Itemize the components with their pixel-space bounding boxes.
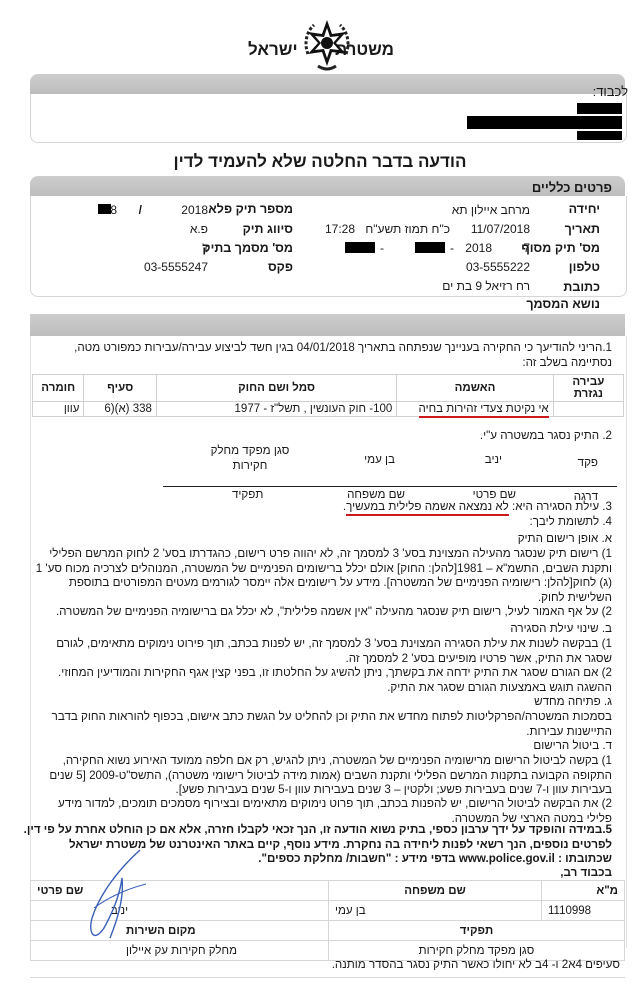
section-b-item-2: 2) אם הגורם שסגר את התיק ידחה את בקשתך, …: [32, 666, 612, 695]
section-b-title: ב. שינוי עילת הסגירה: [510, 622, 612, 637]
cell-charge: אי נקיטת צעדי זהירות בחיה: [419, 403, 549, 418]
label-file-classification: סיווג תיק: [243, 222, 293, 236]
closure-reason: לא נמצאה אשמה פלילית במעשיך: [346, 500, 509, 516]
header-first-name: שם פרטי: [31, 881, 329, 901]
cell-charge-wrap: אי נקיטת צעדי זהירות בחיה: [397, 402, 553, 417]
section-a-item-2: 2) על אף האמור לעיל, רישום תיק שנסגר מהע…: [32, 605, 612, 620]
recipient-bar: [30, 74, 625, 94]
redacted-terminal-file-part2: [345, 242, 375, 253]
section-a-title: א. אופן רישום התיק: [518, 532, 612, 547]
value-hebrew-date: כ"ח תמוז תשע"ח: [365, 222, 450, 236]
value-last-name: בן עמי: [329, 901, 542, 921]
closer-divider: [163, 486, 617, 487]
value-fax: 03-5555247: [144, 260, 208, 274]
closer-last-name: בן עמי: [364, 453, 395, 468]
cell-law: 100- חוק העונשין , תשל"ז - 1977: [156, 402, 396, 417]
cell-section: 338 (א)(6: [84, 402, 156, 417]
paragraph-4: 4. לתשומת ליבך:: [529, 515, 612, 530]
closer-rank: פקד: [578, 456, 598, 471]
closer-role: סגן מפקד מחלק חקירות: [195, 444, 305, 473]
value-file-classification: פ.א: [190, 222, 208, 236]
general-details-title: פרטים כלליים: [532, 180, 612, 195]
closer-first-name: יניב: [485, 453, 502, 468]
value-date: 11/07/2018: [471, 222, 530, 236]
caption-role: תפקיד: [232, 488, 263, 503]
israel-police-emblem-icon: [300, 16, 354, 72]
document-title: הודעה בדבר החלטה שלא להעמיד לדין: [0, 152, 640, 172]
paragraph-5-tail: בדפי מידע : "חשבות/ מחלקת כספים".: [258, 852, 455, 865]
value-first-name: יניב: [31, 901, 329, 921]
bottom-divider: [30, 977, 625, 978]
handwritten-signature-icon: [80, 848, 150, 948]
col-derived-offense: עבירה נגזרת: [553, 375, 623, 402]
value-unit: מרחב איילון תא: [452, 203, 530, 217]
col-section: סעיף: [84, 375, 156, 402]
label-document-no-in-file: מס' מסמך בתיק: [202, 241, 293, 255]
label-document-subject: נושא המסמך: [526, 297, 600, 311]
redacted-pla-num-prefix: [98, 204, 111, 214]
cell-derived-offense: [553, 402, 623, 417]
redacted-recipient-name: [577, 103, 622, 114]
document-header: משטרת ישראל: [0, 10, 640, 70]
value-pla-year: 2018: [181, 203, 208, 217]
col-law: סמל ושם החוק: [156, 375, 396, 402]
value-address: רח רזיאל 9 בת ים: [442, 279, 530, 293]
paragraph-2: 2. התיק נסגר במשטרה ע"י.: [480, 429, 612, 444]
redacted-recipient-city: [577, 131, 622, 140]
header-role: תפקיד: [329, 921, 625, 941]
header-last-name: שם משפחה: [329, 881, 542, 901]
paragraph-1-line: 1.הריני להודיעך כי החקירה בעניינך שנפתחה…: [52, 341, 612, 356]
section-a-item-1: 1) רישום תיק שנסגר מהעילה המצוינת בסע' 3…: [32, 547, 612, 605]
recipient-panel: [30, 94, 627, 143]
value-document-no-in-file: ז': [202, 241, 208, 255]
header-personal-number: מ"א: [542, 881, 625, 901]
cell-severity: עוון: [33, 402, 84, 417]
charges-table-header: עבירה נגזרת האשמה סמל ושם החוק סעיף חומר…: [33, 375, 624, 402]
section-b-item-1: 1) בבקשה לשנות את עילת הסגירה המצוינת בס…: [32, 637, 612, 666]
col-charge: האשמה: [397, 375, 553, 402]
label-fax: פקס: [268, 260, 293, 274]
section-d-item-1: 1) בקשה לביטול הרישום מרישומיה הפנימיים …: [32, 754, 612, 798]
label-address: כתובת: [563, 280, 600, 294]
label-pla-file-no: מספר תיק פלא: [208, 202, 293, 216]
section-c-text: בסמכות המשטרה/הפרקליטות לפתוח מחדש את הת…: [32, 710, 612, 739]
paragraph-3: 3. עילת הסגירה היא: לא נמצאה אשמה פלילית…: [343, 500, 612, 515]
section-d-item-2: 2) את הבקשה לביטול הרישום, יש להפנות בכת…: [32, 797, 612, 826]
value-pla-sep: /: [139, 203, 142, 217]
charges-table: עבירה נגזרת האשמה סמל ושם החוק סעיף חומר…: [32, 374, 624, 417]
label-terminal-file-no: מס' תיק מסוף: [521, 241, 600, 255]
label-unit: יחידה: [569, 202, 600, 216]
col-severity: חומרה: [33, 375, 84, 402]
closing-greeting: בכבוד רב,: [560, 866, 612, 881]
header-service-place: מקום השירות: [31, 921, 329, 941]
police-website-link[interactable]: www.police.gov.il: [459, 852, 555, 865]
footnote: סעיפים 4א2 ו- 4ב לא יחולו כאשר התיק נסגר…: [332, 958, 620, 973]
body-bar: [30, 314, 625, 336]
section-c-title: ג. פתיחה מחדש: [534, 695, 612, 710]
paragraph-1: 1.הריני להודיעך כי החקירה בעניינך שנפתחה…: [52, 341, 612, 370]
value-terminal-file-seq: 7: [523, 241, 530, 255]
redacted-recipient-address: [467, 116, 622, 129]
value-time: 17:28: [325, 222, 355, 236]
label-phone: טלפון: [569, 260, 600, 274]
label-date: תאריך: [565, 222, 600, 236]
org-name-israel: ישראל: [248, 40, 298, 60]
value-personal-number: 1110998: [542, 901, 625, 921]
redacted-terminal-file-part1: [415, 242, 445, 253]
value-service-place: מחלק חקירות עק איילון: [31, 941, 329, 961]
paragraph-3-prefix: 3. עילת הסגירה היא:: [512, 500, 612, 513]
value-terminal-file-sep2: -: [380, 241, 384, 255]
value-terminal-file-year: 2018: [465, 241, 492, 255]
table-row: אי נקיטת צעדי זהירות בחיה 100- חוק העונש…: [33, 402, 624, 417]
value-terminal-file-sep1: -: [450, 241, 454, 255]
paragraph-1-line-2: נסתיימה בשלב זה:: [52, 356, 612, 371]
value-phone: 03-5555222: [466, 260, 530, 274]
section-d-title: ד. ביטול הרישום: [533, 739, 612, 754]
